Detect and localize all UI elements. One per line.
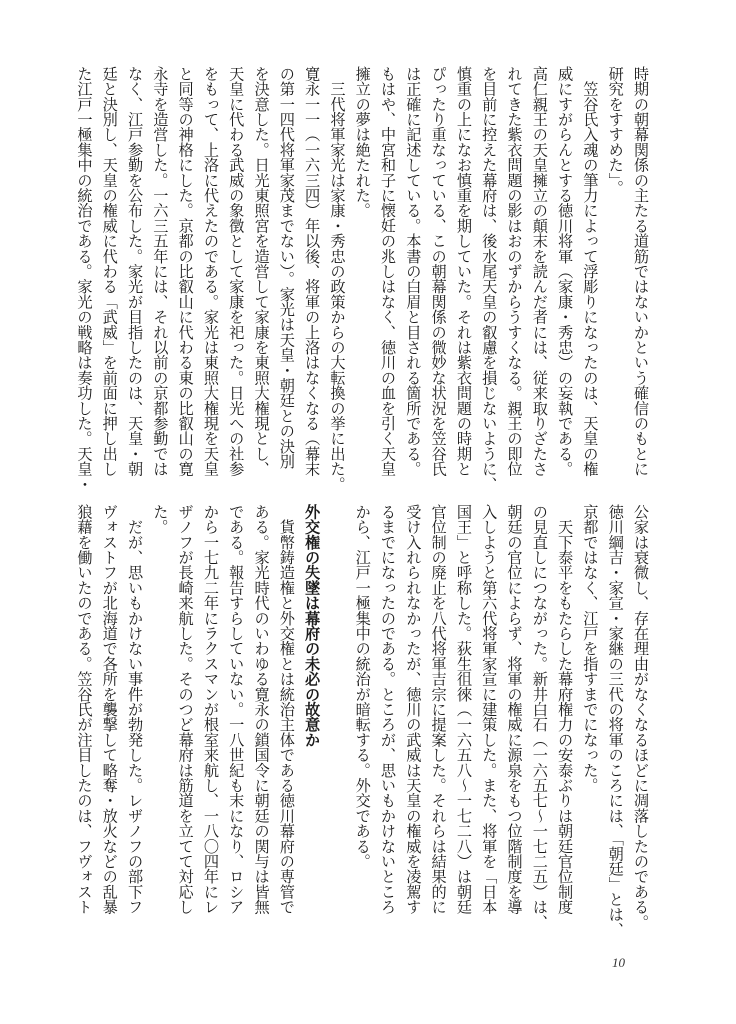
text-line: と同等の神格にした。京都の比叡山に代わる東の比叡山の寛 [172, 66, 197, 482]
text-line: だが、思いもかけない事件が勃発した。レザノフの部下フ [122, 504, 147, 920]
text-line: 京都ではなく、江戸を指すまでになった。 [577, 504, 602, 920]
text-line: 国王」と呼称した。荻生徂徠（一六五八～一七二八）は朝廷 [451, 504, 476, 920]
text-line: 擁立の夢は絶たれた。 [349, 66, 374, 482]
text-line: 貨幣鋳造権と外交権とは統治主体である徳川幕府の専管で [274, 504, 299, 920]
text-line: 官位制の廃止を八代将軍吉宗に提案した。それらは結果的に [425, 504, 450, 920]
text-line: るまでになったのである。ところが、思いもかけないところ [375, 504, 400, 920]
text-line: 徳川綱吉・家宣・家継の三代の将軍のころには、「朝廷」とは、 [602, 504, 627, 920]
text-line: 慎重の上になお慎重を期していた。それは紫衣問題の時期と [451, 66, 476, 482]
top-text-block: 時期の朝幕関係の主たる道筋ではないかという確信のもとに 研究をすすめた」。 笠谷… [93, 66, 653, 482]
text-line: ザノフが長崎来航した。そのつど幕府は筋道を立てて対応し [172, 504, 197, 920]
text-line: ある。家光時代のいわゆる寛永の鎖国令に朝廷の関与は皆無 [248, 504, 273, 920]
text-line: 笠谷氏入魂の筆力によって浮彫りになったのは、天皇の権 [577, 66, 602, 482]
text-line: た。 [147, 504, 172, 920]
text-line: は正確に記述している。本書の白眉と目される箇所である。 [400, 66, 425, 482]
section-heading: 外交権の失墜は幕府の未必の故意か [299, 504, 324, 920]
text-line: 受け入れられなかったが、徳川の武威は天皇の権威を凌駕す [400, 504, 425, 920]
text-line: 入しようと第六代将軍家宣に建策した。また、将軍を「日本 [476, 504, 501, 920]
text-line: 天皇に代わる武威の象徴として家康を祀った。日光への社参 [223, 66, 248, 482]
text-line: 天下泰平をもたらした幕府権力の安泰ぶりは朝廷官位制度 [552, 504, 577, 920]
text-line: を目前に控えた幕府は、後水尾天皇の叡慮を損じないように、 [476, 66, 501, 482]
text-line: の第一四代将軍家茂までない）。家光は天皇・朝廷との決別 [274, 66, 299, 482]
text-line: の見直しにつながった。新井白石（一六五七～一七二五）は、 [527, 504, 552, 920]
text-line: 高仁親王の天皇擁立の顛末を読んだ者には、従来取りざたさ [527, 66, 552, 482]
text-line: 寛永一一（一六三四）年以後、将軍の上洛はなくなる（幕末 [299, 66, 324, 482]
text-line: 時期の朝幕関係の主たる道筋ではないかという確信のもとに [628, 66, 653, 482]
text-line: 研究をすすめた」。 [602, 66, 627, 482]
text-line: なく、江戸参勤を公布した。家光が目指したのは、天皇・朝 [122, 66, 147, 482]
text-line: 威にすがらんとする徳川将軍（家康・秀忠）の妄執である。 [552, 66, 577, 482]
text-line: 狼藉を働いたのである。笠谷氏が注目したのは、フヴォスト [71, 504, 96, 920]
text-line: 三代将軍家光は家康・秀忠の政策からの大転換の挙に出た。 [324, 66, 349, 482]
text-line: 廷と決別し、天皇の権威に代わる「武威」を前面に押し出し [96, 66, 121, 482]
text-line: もはや、中宮和子に懐妊の兆しはなく、徳川の血を引く天皇 [375, 66, 400, 482]
text-line: 永寺を造営した。一六三五年には、それ以前の京都参勤では [147, 66, 172, 482]
text-line: 公家は衰微し、存在理由がなくなるほどに凋落したのである。 [628, 504, 653, 920]
page-number: 10 [612, 955, 625, 971]
text-line: た江戸一極集中の統治である。家光の戦略は奏功した。天皇・ [71, 66, 96, 482]
text-line: 朝廷の官位によらず、将軍の権威に源泉をもつ位階制度を導 [501, 504, 526, 920]
text-line: ヴォストフが北海道で各所を襲撃して略奪・放火などの乱暴 [96, 504, 121, 920]
text-line: を決意した。日光東照宮を造営して家康を東照大権現とし、 [248, 66, 273, 482]
blank-line [324, 504, 349, 920]
text-line: である。報告すらしていない。一八世紀も末になり、ロシア [223, 504, 248, 920]
text-line: から、江戸一極集中の統治が暗転する。外交である。 [349, 504, 374, 920]
text-line: から一七九二年にラクスマンが根室来航し、一八〇四年にレ [198, 504, 223, 920]
bottom-text-block: 公家は衰微し、存在理由がなくなるほどに凋落したのである。 徳川綱吉・家宣・家継の… [93, 504, 653, 920]
text-line: ぴったり重なっている、この朝幕関係の微妙な状況を笠谷氏 [425, 66, 450, 482]
text-line: をもって、上洛に代えたのである。家光は東照大権現を天皇 [198, 66, 223, 482]
text-line: れてきた紫衣問題の影はおのずからうすくなる。親王の即位 [501, 66, 526, 482]
